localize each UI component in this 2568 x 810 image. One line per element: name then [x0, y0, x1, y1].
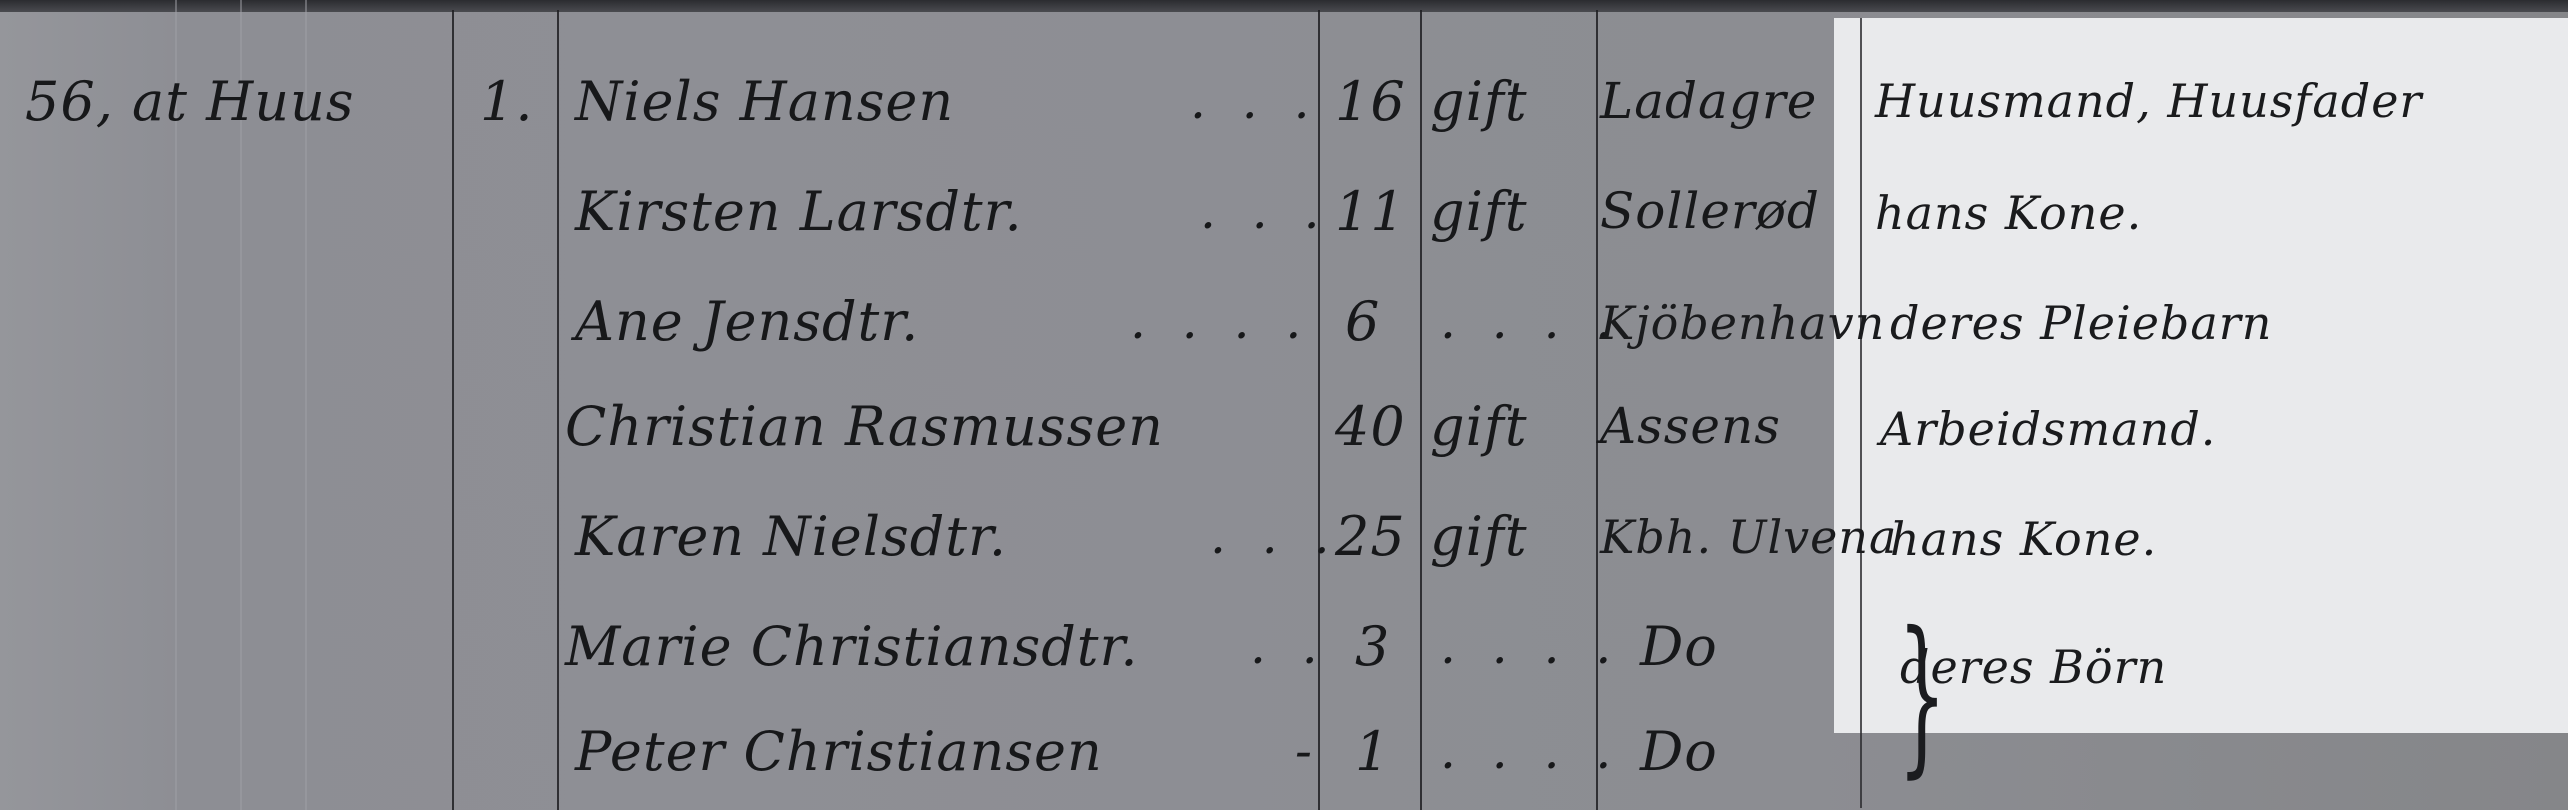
- scanned-register-page: 56, at Huus 1. Niels Hansen . . . 16 gif…: [0, 0, 2568, 810]
- house-entry: 56, at Huus: [25, 70, 354, 133]
- marital-status: . . . .: [1440, 292, 1621, 350]
- marital-status: gift: [1430, 180, 1528, 243]
- person-name: Christian Rasmussen: [565, 395, 1164, 458]
- birthplace: Kbh. Ulvena: [1600, 510, 1897, 564]
- column-rule-name: [557, 10, 559, 810]
- birthplace-ditto: Do: [1640, 720, 1718, 783]
- top-border: [0, 0, 2568, 12]
- marital-status: gift: [1430, 70, 1528, 133]
- marital-status: . . . .: [1440, 722, 1621, 780]
- column-rule-occupation: [1860, 18, 1862, 808]
- column-rule-household: [452, 10, 454, 810]
- birthplace-ditto: Do: [1640, 615, 1718, 678]
- person-name: Karen Nielsdtr.: [575, 505, 1007, 568]
- birthplace: Kjöbenhavn: [1600, 296, 1885, 350]
- person-name: Marie Christiansdtr.: [565, 615, 1139, 678]
- leader-dots: . . . .: [1130, 292, 1311, 350]
- occupation: deres Pleiebarn: [1890, 296, 2272, 350]
- occupation: Arbeidsmand.: [1880, 402, 2216, 456]
- marital-status: . . . .: [1440, 617, 1621, 675]
- household-number: 1.: [480, 70, 534, 133]
- person-name: Kirsten Larsdtr.: [575, 180, 1023, 243]
- occupation: hans Kone.: [1890, 512, 2157, 566]
- birthplace: Sollerød: [1600, 182, 1820, 240]
- age: 16: [1335, 70, 1406, 133]
- leader-dots: -: [1295, 722, 1313, 780]
- age: 1: [1355, 720, 1390, 783]
- age: 11: [1335, 180, 1406, 243]
- person-name: Niels Hansen: [575, 70, 954, 133]
- age: 6: [1345, 290, 1380, 353]
- person-name: Peter Christiansen: [575, 720, 1103, 783]
- age: 40: [1335, 395, 1406, 458]
- grouping-brace: }: [1898, 610, 1947, 780]
- column-rule-age: [1318, 10, 1320, 810]
- marital-status: gift: [1430, 395, 1528, 458]
- person-name: Ane Jensdtr.: [575, 290, 919, 353]
- column-rule-birthplace: [1596, 10, 1598, 810]
- leader-dots: . . .: [1210, 507, 1339, 565]
- age: 25: [1335, 505, 1406, 568]
- birthplace: Assens: [1600, 397, 1781, 455]
- birthplace: Ladagre: [1600, 72, 1817, 130]
- occupation: Huusmand, Huusfader: [1875, 74, 2422, 128]
- leader-dots: . . .: [1200, 182, 1329, 240]
- leader-dots: . .: [1250, 617, 1328, 675]
- occupation: hans Kone.: [1875, 186, 2142, 240]
- marital-status: gift: [1430, 505, 1528, 568]
- leader-dots: . . .: [1190, 72, 1319, 130]
- column-rule-status: [1420, 10, 1422, 810]
- age: 3: [1355, 615, 1390, 678]
